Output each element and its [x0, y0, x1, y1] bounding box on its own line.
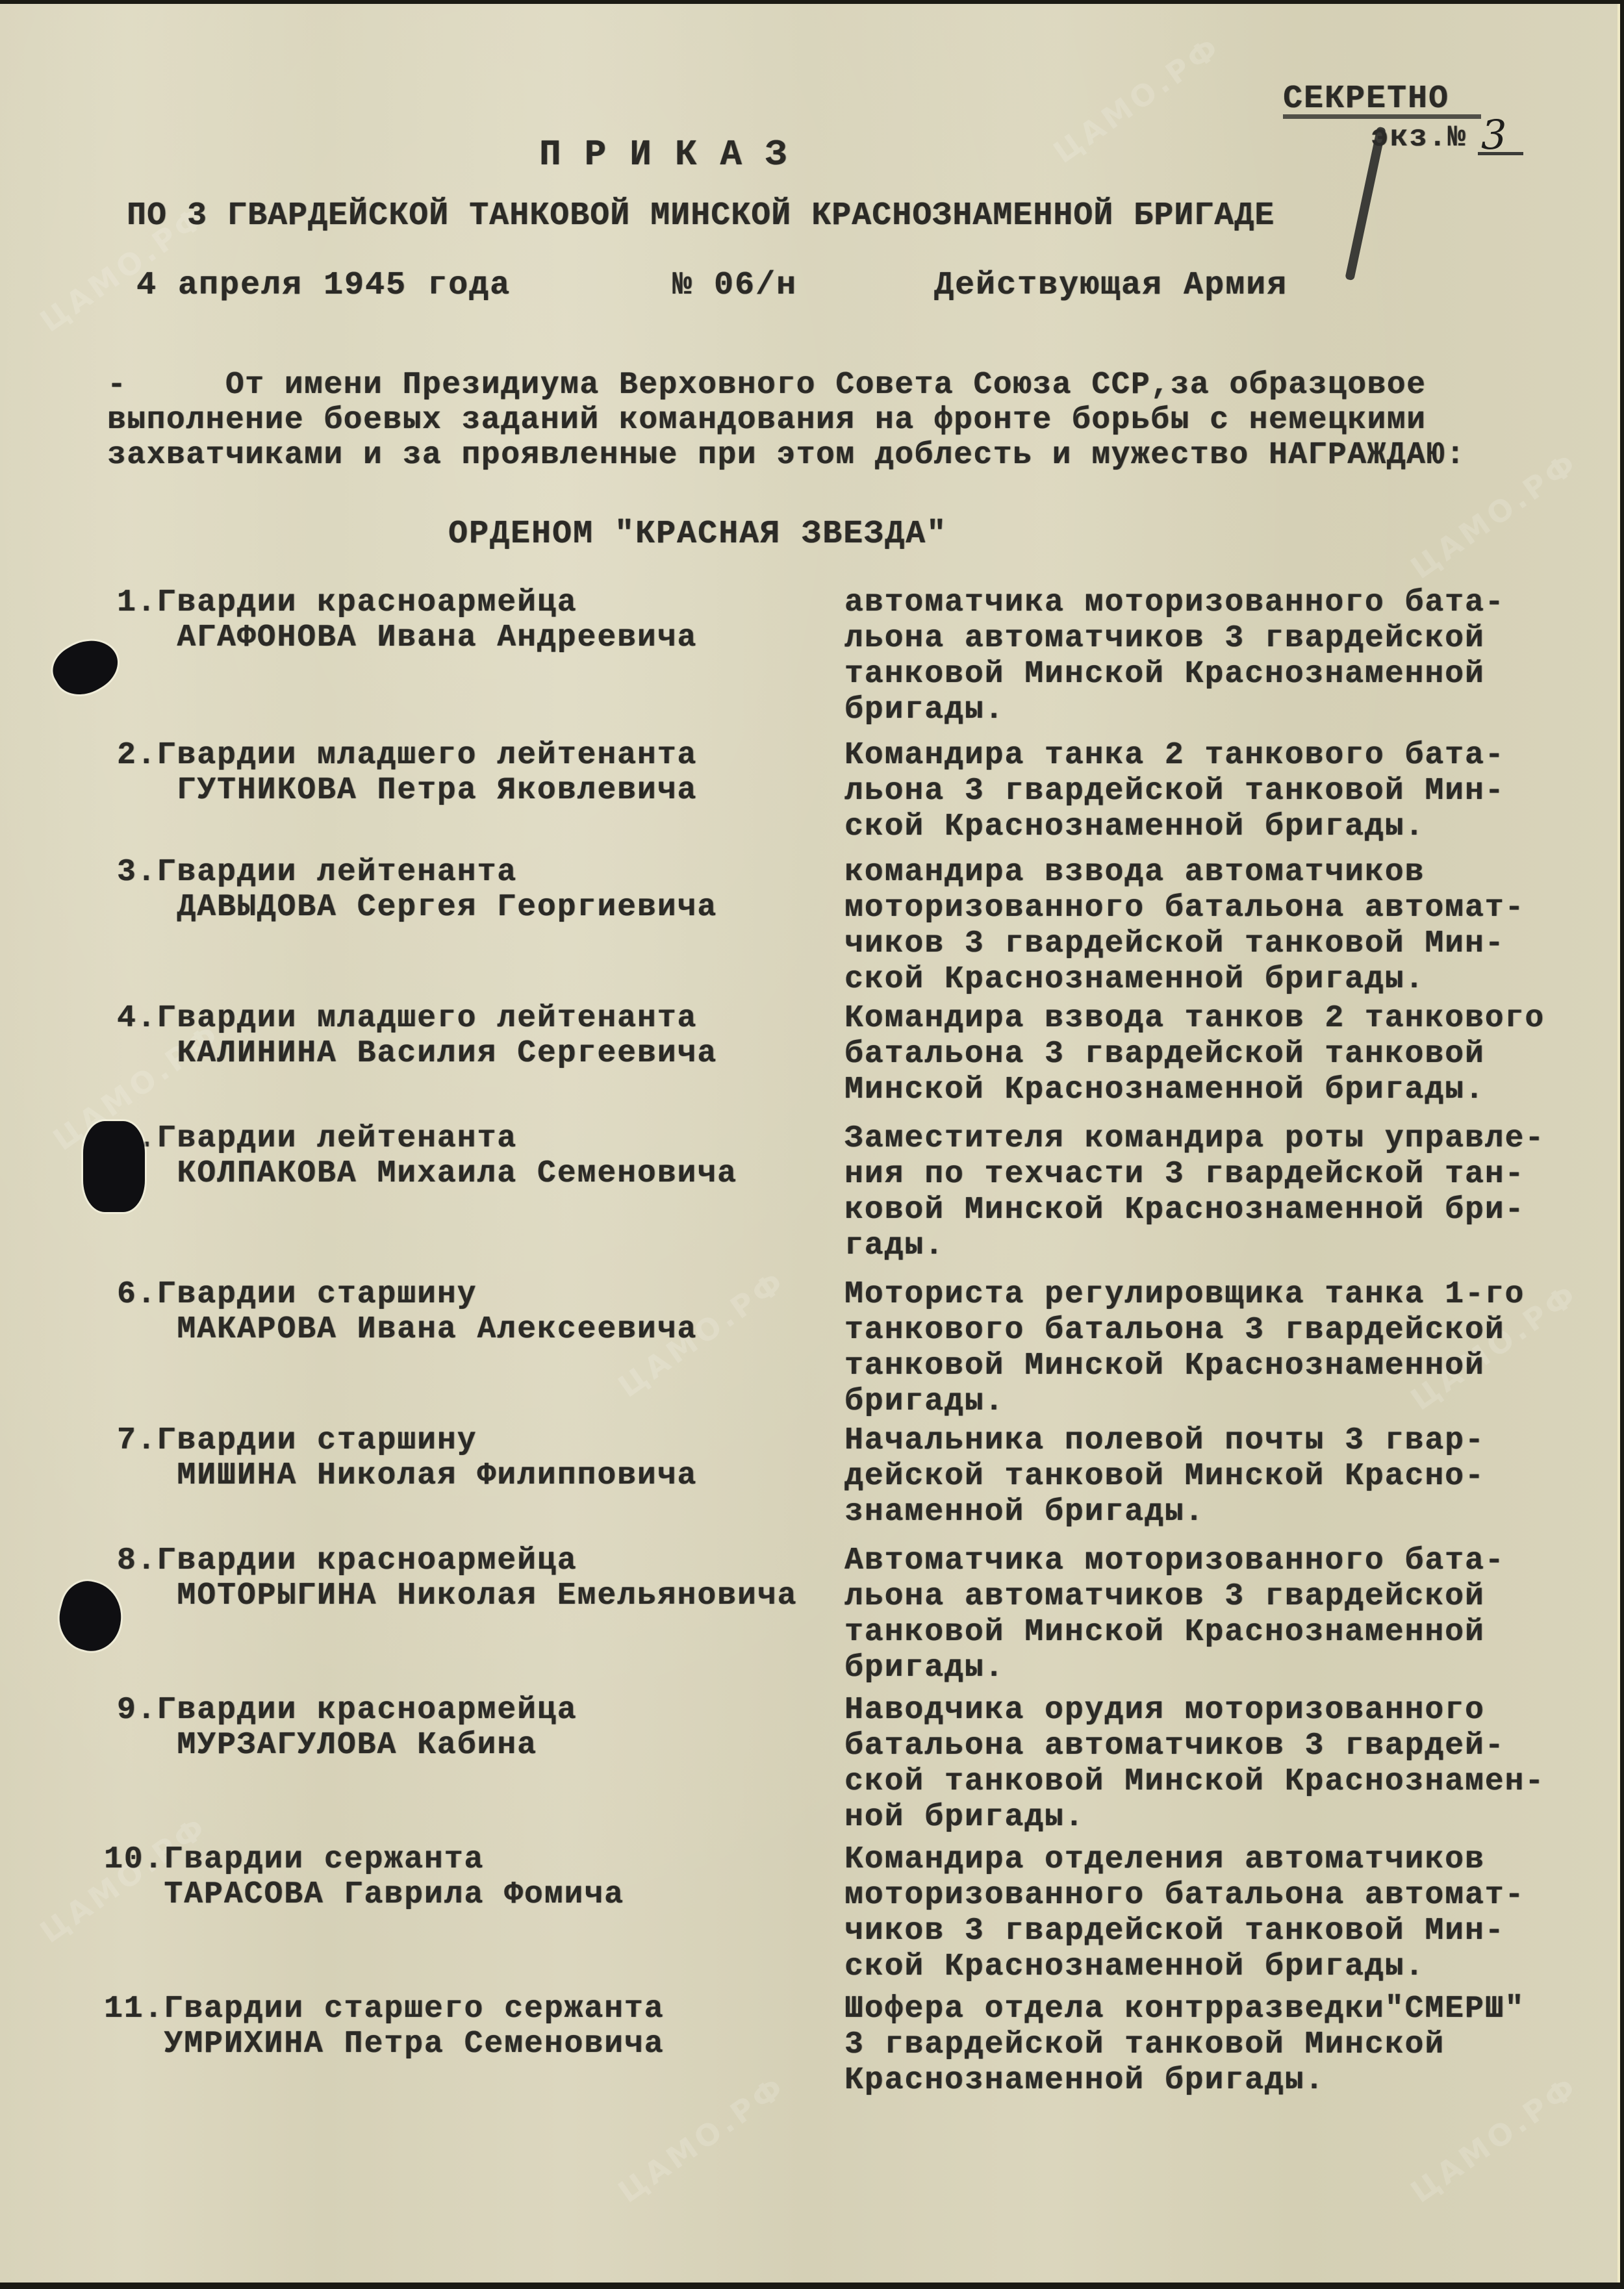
awardee-rank: Гвардии младшего лейтенанта	[157, 738, 698, 773]
awardee-position: Шофера отдела контрразведки"СМЕРШ" 3 гва…	[844, 1992, 1525, 2099]
awardee-rank-name: 11.Гвардии старшего сержанта УМРИХИНА Пе…	[104, 1992, 665, 2062]
stamp-underline	[1283, 114, 1481, 119]
awardee-number: 6.	[117, 1277, 157, 1312]
awardee-name: УМРИХИНА Петра Семеновича	[164, 2027, 664, 2062]
document-page: ЦАМО.РФ ЦАМО.РФ ЦАМО.РФ ЦАМО.РФ ЦАМО.РФ …	[0, 4, 1620, 2283]
document-title: ПРИКАЗ	[539, 134, 811, 175]
awardee-position: командира взвода автоматчиков моторизова…	[844, 855, 1525, 998]
punch-hole	[45, 629, 127, 705]
awardee-number: 3.	[117, 855, 157, 890]
awardee-rank: Гвардии младшего лейтенанта	[157, 1001, 698, 1036]
awardee-name: АГАФОНОВА Ивана Андреевича	[177, 620, 697, 655]
awardee-position: Заместителя командира роты управле- ния …	[844, 1121, 1545, 1264]
awardee-name: КОЛПАКОВА Михаила Семеновича	[177, 1156, 737, 1191]
awardee-number: 1.	[117, 585, 157, 620]
order-date: 4 апреля 1945 года	[136, 267, 511, 304]
awardee-name: МАКАРОВА Ивана Алексеевича	[177, 1312, 697, 1347]
awardee-name: МУРЗАГУЛОВА Кабина	[177, 1728, 537, 1763]
awardee-rank: Гвардии красноармейца	[157, 1693, 577, 1728]
awardee-position: Командира взвода танков 2 танкового бата…	[844, 1001, 1545, 1108]
awardee-rank-name: 6.Гвардии старшину МАКАРОВА Ивана Алексе…	[117, 1277, 697, 1347]
preamble: - От имени Президиума Верховного Совета …	[107, 368, 1465, 473]
award-name-heading: ОРДЕНОМ "КРАСНАЯ ЗВЕЗДА"	[448, 516, 947, 553]
awardee-rank-name: 7.Гвардии старшину МИШИНА Николая Филипп…	[117, 1423, 697, 1493]
awardee-position: Командира отделения автоматчиков моториз…	[844, 1842, 1525, 1985]
copy-label: экз.№	[1371, 121, 1467, 155]
awardee-rank-name: 1.Гвардии красноармейца АГАФОНОВА Ивана …	[117, 585, 697, 655]
order-place: Действующая Армия	[934, 267, 1288, 304]
awardee-rank-name: 4.Гвардии младшего лейтенанта КАЛИНИНА В…	[117, 1001, 717, 1071]
awardee-rank: Гвардии красноармейца	[157, 585, 577, 620]
awardee-rank-name: 9.Гвардии красноармейца МУРЗАГУЛОВА Каби…	[117, 1693, 577, 1763]
awardee-rank: Гвардии старшину	[157, 1423, 477, 1458]
awardee-position: Начальника полевой почты 3 гвар- дейской…	[844, 1423, 1485, 1530]
awardee-number: 10.	[104, 1842, 164, 1877]
awardee-rank: Гвардии старшину	[157, 1277, 477, 1312]
awardee-position: автоматчика моторизованного бата- льона …	[844, 585, 1505, 728]
awardee-rank-name: 10.Гвардии сержанта ТАРАСОВА Гаврила Фом…	[104, 1842, 624, 1912]
awardee-name: МОТОРЫГИНА Николая Емельяновича	[177, 1578, 797, 1613]
awardee-name: МИШИНА Николая Филипповича	[177, 1458, 697, 1493]
awardee-name: ДАВЫДОВА Сергея Георгиевича	[177, 890, 717, 925]
awardee-number: 2.	[117, 738, 157, 773]
awardee-position: Автоматчика моторизованного бата- льона …	[844, 1543, 1505, 1686]
awardee-rank-name: 3.Гвардии лейтенанта ДАВЫДОВА Сергея Гео…	[117, 855, 717, 925]
awardee-rank: Гвардии лейтенанта	[157, 1121, 517, 1156]
awardee-rank: Гвардии красноармейца	[157, 1543, 577, 1578]
awardee-number: 11.	[104, 1992, 164, 2027]
awardee-name: КАЛИНИНА Василия Сергеевича	[177, 1036, 717, 1071]
copy-number-underline	[1478, 152, 1523, 155]
awardee-rank-name: 8.Гвардии красноармейца МОТОРЫГИНА Никол…	[117, 1543, 797, 1613]
awardee-number: 8.	[117, 1543, 157, 1578]
punch-hole	[83, 1121, 145, 1212]
awardee-number: 9.	[117, 1693, 157, 1728]
awardee-position: Наводчика орудия моторизованного батальо…	[844, 1693, 1545, 1836]
awardee-name: ТАРАСОВА Гаврила Фомича	[164, 1877, 624, 1912]
awardee-rank: Гвардии старшего сержанта	[164, 1992, 664, 2027]
awardee-rank-name: 2.Гвардии младшего лейтенанта ГУТНИКОВА …	[117, 738, 697, 808]
awardee-number: 7.	[117, 1423, 157, 1458]
awardee-name: ГУТНИКОВА Петра Яковлевича	[177, 773, 697, 808]
archive-watermark: ЦАМО.РФ	[1047, 29, 1228, 170]
classification-stamp: СЕКРЕТНО	[1283, 81, 1449, 118]
awardee-number: 4.	[117, 1001, 157, 1036]
awardee-rank: Гвардии сержанта	[164, 1842, 484, 1877]
awardee-position: Моториста регулировщика танка 1-го танко…	[844, 1277, 1525, 1420]
order-number: № 06/н	[672, 267, 797, 304]
awardee-rank-name: 5.Гвардии лейтенанта КОЛПАКОВА Михаила С…	[117, 1121, 737, 1191]
pencil-mark	[1345, 127, 1386, 281]
awardee-rank: Гвардии лейтенанта	[157, 855, 517, 890]
awardee-position: Командира танка 2 танкового бата- льона …	[844, 738, 1505, 845]
archive-watermark: ЦАМО.РФ	[612, 2068, 793, 2209]
document-subtitle: ПО 3 ГВАРДЕЙСКОЙ ТАНКОВОЙ МИНСКОЙ КРАСНО…	[127, 197, 1275, 234]
